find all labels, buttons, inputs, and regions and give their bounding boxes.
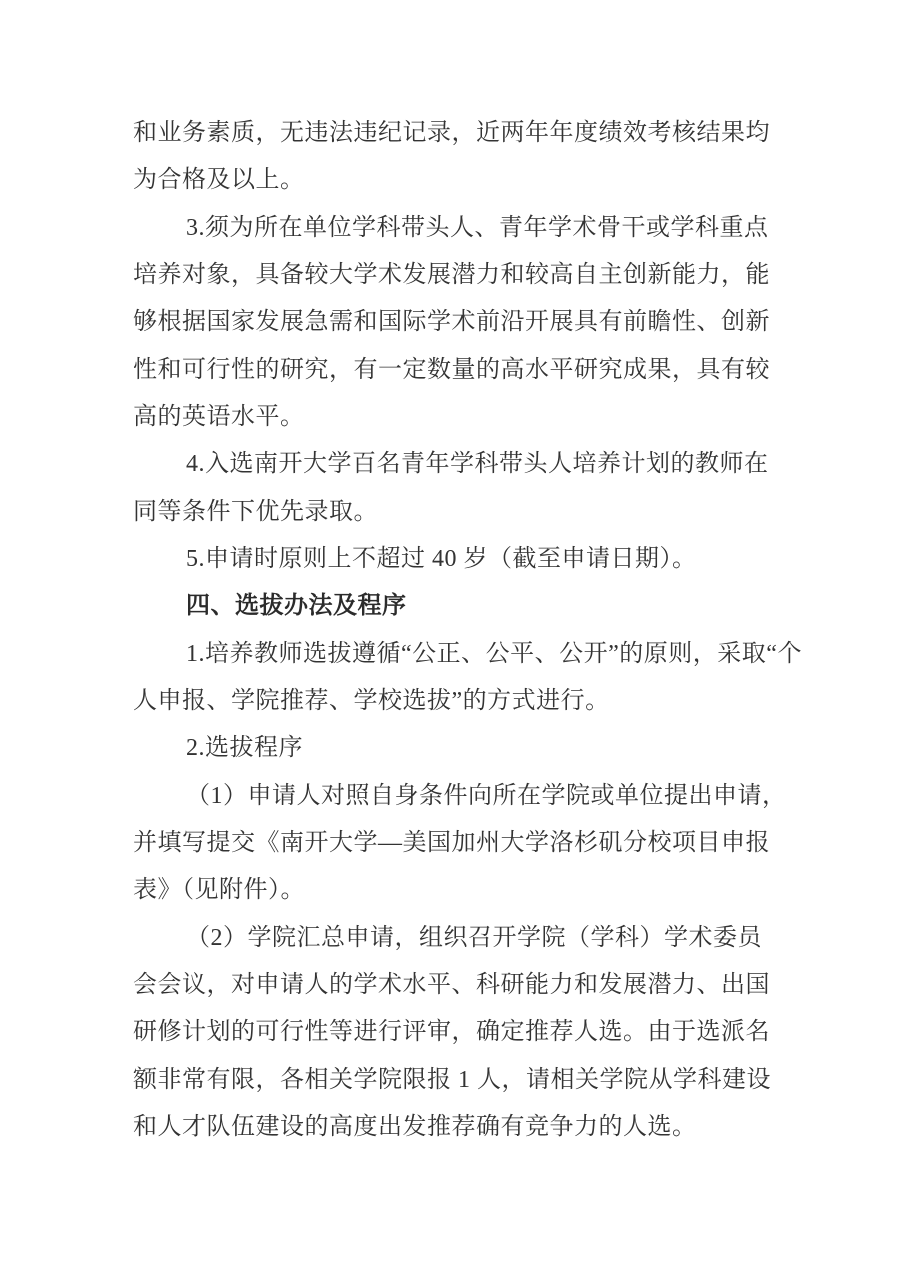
text-line-19: 会会议，对申请人的学术水平、科研能力和发展潜力、出国 <box>133 962 760 1009</box>
text-line-8: 4.入选南开大学百名青年学科带头人培养计划的教师在 <box>133 441 760 488</box>
text-line-12: 1.培养教师选拔遵循“公正、公平、公开”的原则，采取“个 <box>133 631 760 678</box>
text-line-3: 3.须为所在单位学科带头人、青年学术骨干或学科重点 <box>133 205 760 252</box>
text-line-10: 5.申请时原则上不超过 40 岁（截至申请日期）。 <box>133 536 760 583</box>
document-page: 和业务素质，无违法违纪记录，近两年年度绩效考核结果均 为合格及以上。 3.须为所… <box>0 0 900 1272</box>
text-line-20: 研修计划的可行性等进行评审，确定推荐人选。由于选派名 <box>133 1009 760 1056</box>
text-line-2: 为合格及以上。 <box>133 157 760 204</box>
text-line-16: 并填写提交《南开大学—美国加州大学洛杉矶分校项目申报 <box>133 820 760 867</box>
text-line-14: 2.选拔程序 <box>133 725 760 772</box>
text-line-22: 和人才队伍建设的高度出发推荐确有竞争力的人选。 <box>133 1104 760 1151</box>
text-block: 和业务素质，无违法违纪记录，近两年年度绩效考核结果均 为合格及以上。 3.须为所… <box>133 110 760 1151</box>
text-line-9: 同等条件下优先录取。 <box>133 489 760 536</box>
text-line-7: 高的英语水平。 <box>133 394 760 441</box>
text-line-4: 培养对象，具备较大学术发展潜力和较高自主创新能力，能 <box>133 252 760 299</box>
text-line-13: 人申报、学院推荐、学校选拔”的方式进行。 <box>133 678 760 725</box>
text-line-21: 额非常有限，各相关学院限报 1 人，请相关学院从学科建设 <box>133 1057 760 1104</box>
text-line-17: 表》（见附件）。 <box>133 867 760 914</box>
text-line-5: 够根据国家发展急需和国际学术前沿开展具有前瞻性、创新 <box>133 299 760 346</box>
text-line-18: （2）学院汇总申请，组织召开学院（学科）学术委员 <box>133 915 760 962</box>
text-line-15: （1）申请人对照自身条件向所在学院或单位提出申请， <box>133 773 760 820</box>
text-line-1: 和业务素质，无违法违纪记录，近两年年度绩效考核结果均 <box>133 110 760 157</box>
text-line-6: 性和可行性的研究，有一定数量的高水平研究成果，具有较 <box>133 347 760 394</box>
section-heading: 四、选拔办法及程序 <box>133 583 760 630</box>
